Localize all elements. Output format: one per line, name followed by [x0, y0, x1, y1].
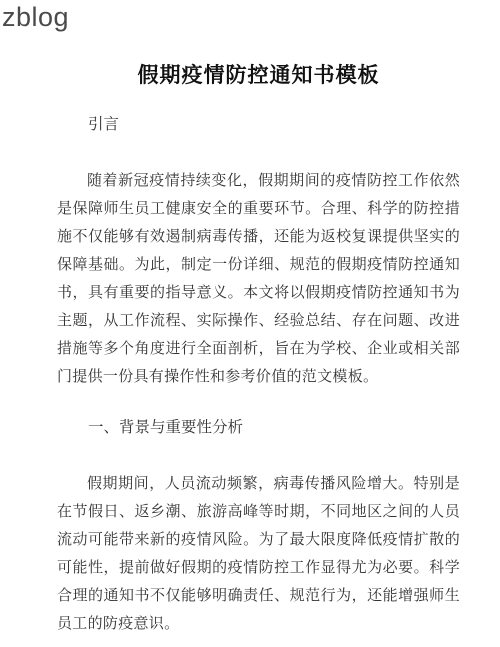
section-heading-intro: 引言: [57, 114, 460, 136]
article-title: 假期疫情防控通知书模板: [57, 62, 460, 89]
section-heading-background-analysis: 一、背景与重要性分析: [57, 417, 460, 439]
paragraph-intro: 随着新冠疫情持续变化，假期期间的疫情防控工作依然是保障师生员工健康安全的重要环节…: [57, 167, 460, 391]
paragraph-background-analysis: 假期期间，人员流动频繁，病毒传播风险增大。特别是在节假日、返乡潮、旅游高峰等时期…: [57, 470, 460, 638]
article-page: 假期疫情防控通知书模板 引言 随着新冠疫情持续变化，假期期间的疫情防控工作依然是…: [57, 0, 460, 638]
